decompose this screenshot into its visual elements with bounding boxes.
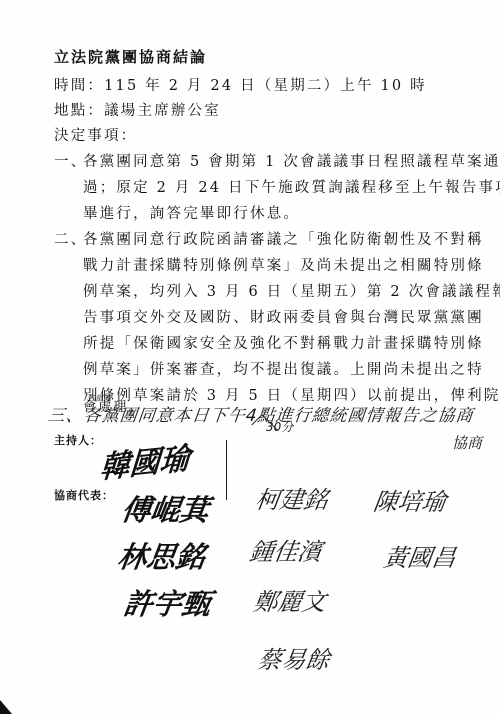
item-3-marker: 三、 [47,406,85,426]
signature-stroke [226,440,227,500]
handwritten-continuation: 協商 [452,432,482,453]
document-title: 立法院黨團協商結論 [54,46,207,67]
item-2-line-4: 告事項交外交及國防、財政兩委員會與台灣民眾黨黨團 [83,306,484,327]
item-2-line-6: 例草案」併案審查，均不提出復議。上開尚未提出之特 [83,358,484,379]
delegate-signature: 蔡易餘 [256,640,333,675]
item-1-line-3: 畢進行，詢答完畢即行休息。 [83,202,300,223]
delegate-signature: 陳培瑜 [372,482,449,517]
delegate-signature: 柯建銘 [254,480,331,515]
delegates-label: 協商代表： [54,487,114,503]
item-1-line-2: 過；原定 2 月 24 日下午施政質詢議程移至上午報告事項 [83,176,500,197]
decisions-heading: 決定事項： [54,124,138,145]
delegate-signature: 許宇甄 [121,582,214,623]
item-2-line-2: 戰力計畫採購特別條例草案」及尚未提出之相關特別條 [83,254,484,275]
meeting-time: 時間：115 年 2 月 24 日（星期二）上午 10 時 [54,74,427,95]
delegate-signature: 林思銘 [115,535,208,576]
scanned-document-page: 立法院黨團協商結論 時間：115 年 2 月 24 日（星期二）上午 10 時 … [0,0,500,714]
delegate-signature: 鍾佳濱 [248,532,325,567]
item-2-line-3: 例草案，均列入 3 月 6 日（星期五）第 2 次會議議程報 [83,280,500,301]
delegate-signature: 鄭麗文 [252,582,329,617]
item-2-line-1: 各黨團同意行政院函請審議之「強化防衛韌性及不對稱 [83,228,484,249]
delegate-signature: 傅崐萁 [119,488,212,529]
item-1-line-1: 各黨團同意第 5 會期第 1 次會議議事日程照議程草案通 [83,150,500,171]
meeting-place: 地點：議場主席辦公室 [54,99,221,120]
delegate-signature: 黃國昌 [382,538,459,573]
item-2-line-5: 所提「保衛國家安全及強化不對稱戰力計畫採購特別條 [83,332,484,353]
scan-edge-shadow [0,700,12,714]
host-signature: 韓國瑜 [99,433,192,487]
host-label: 主持人： [54,432,102,448]
handwritten-30-minutes-note: 30分 [266,418,293,435]
